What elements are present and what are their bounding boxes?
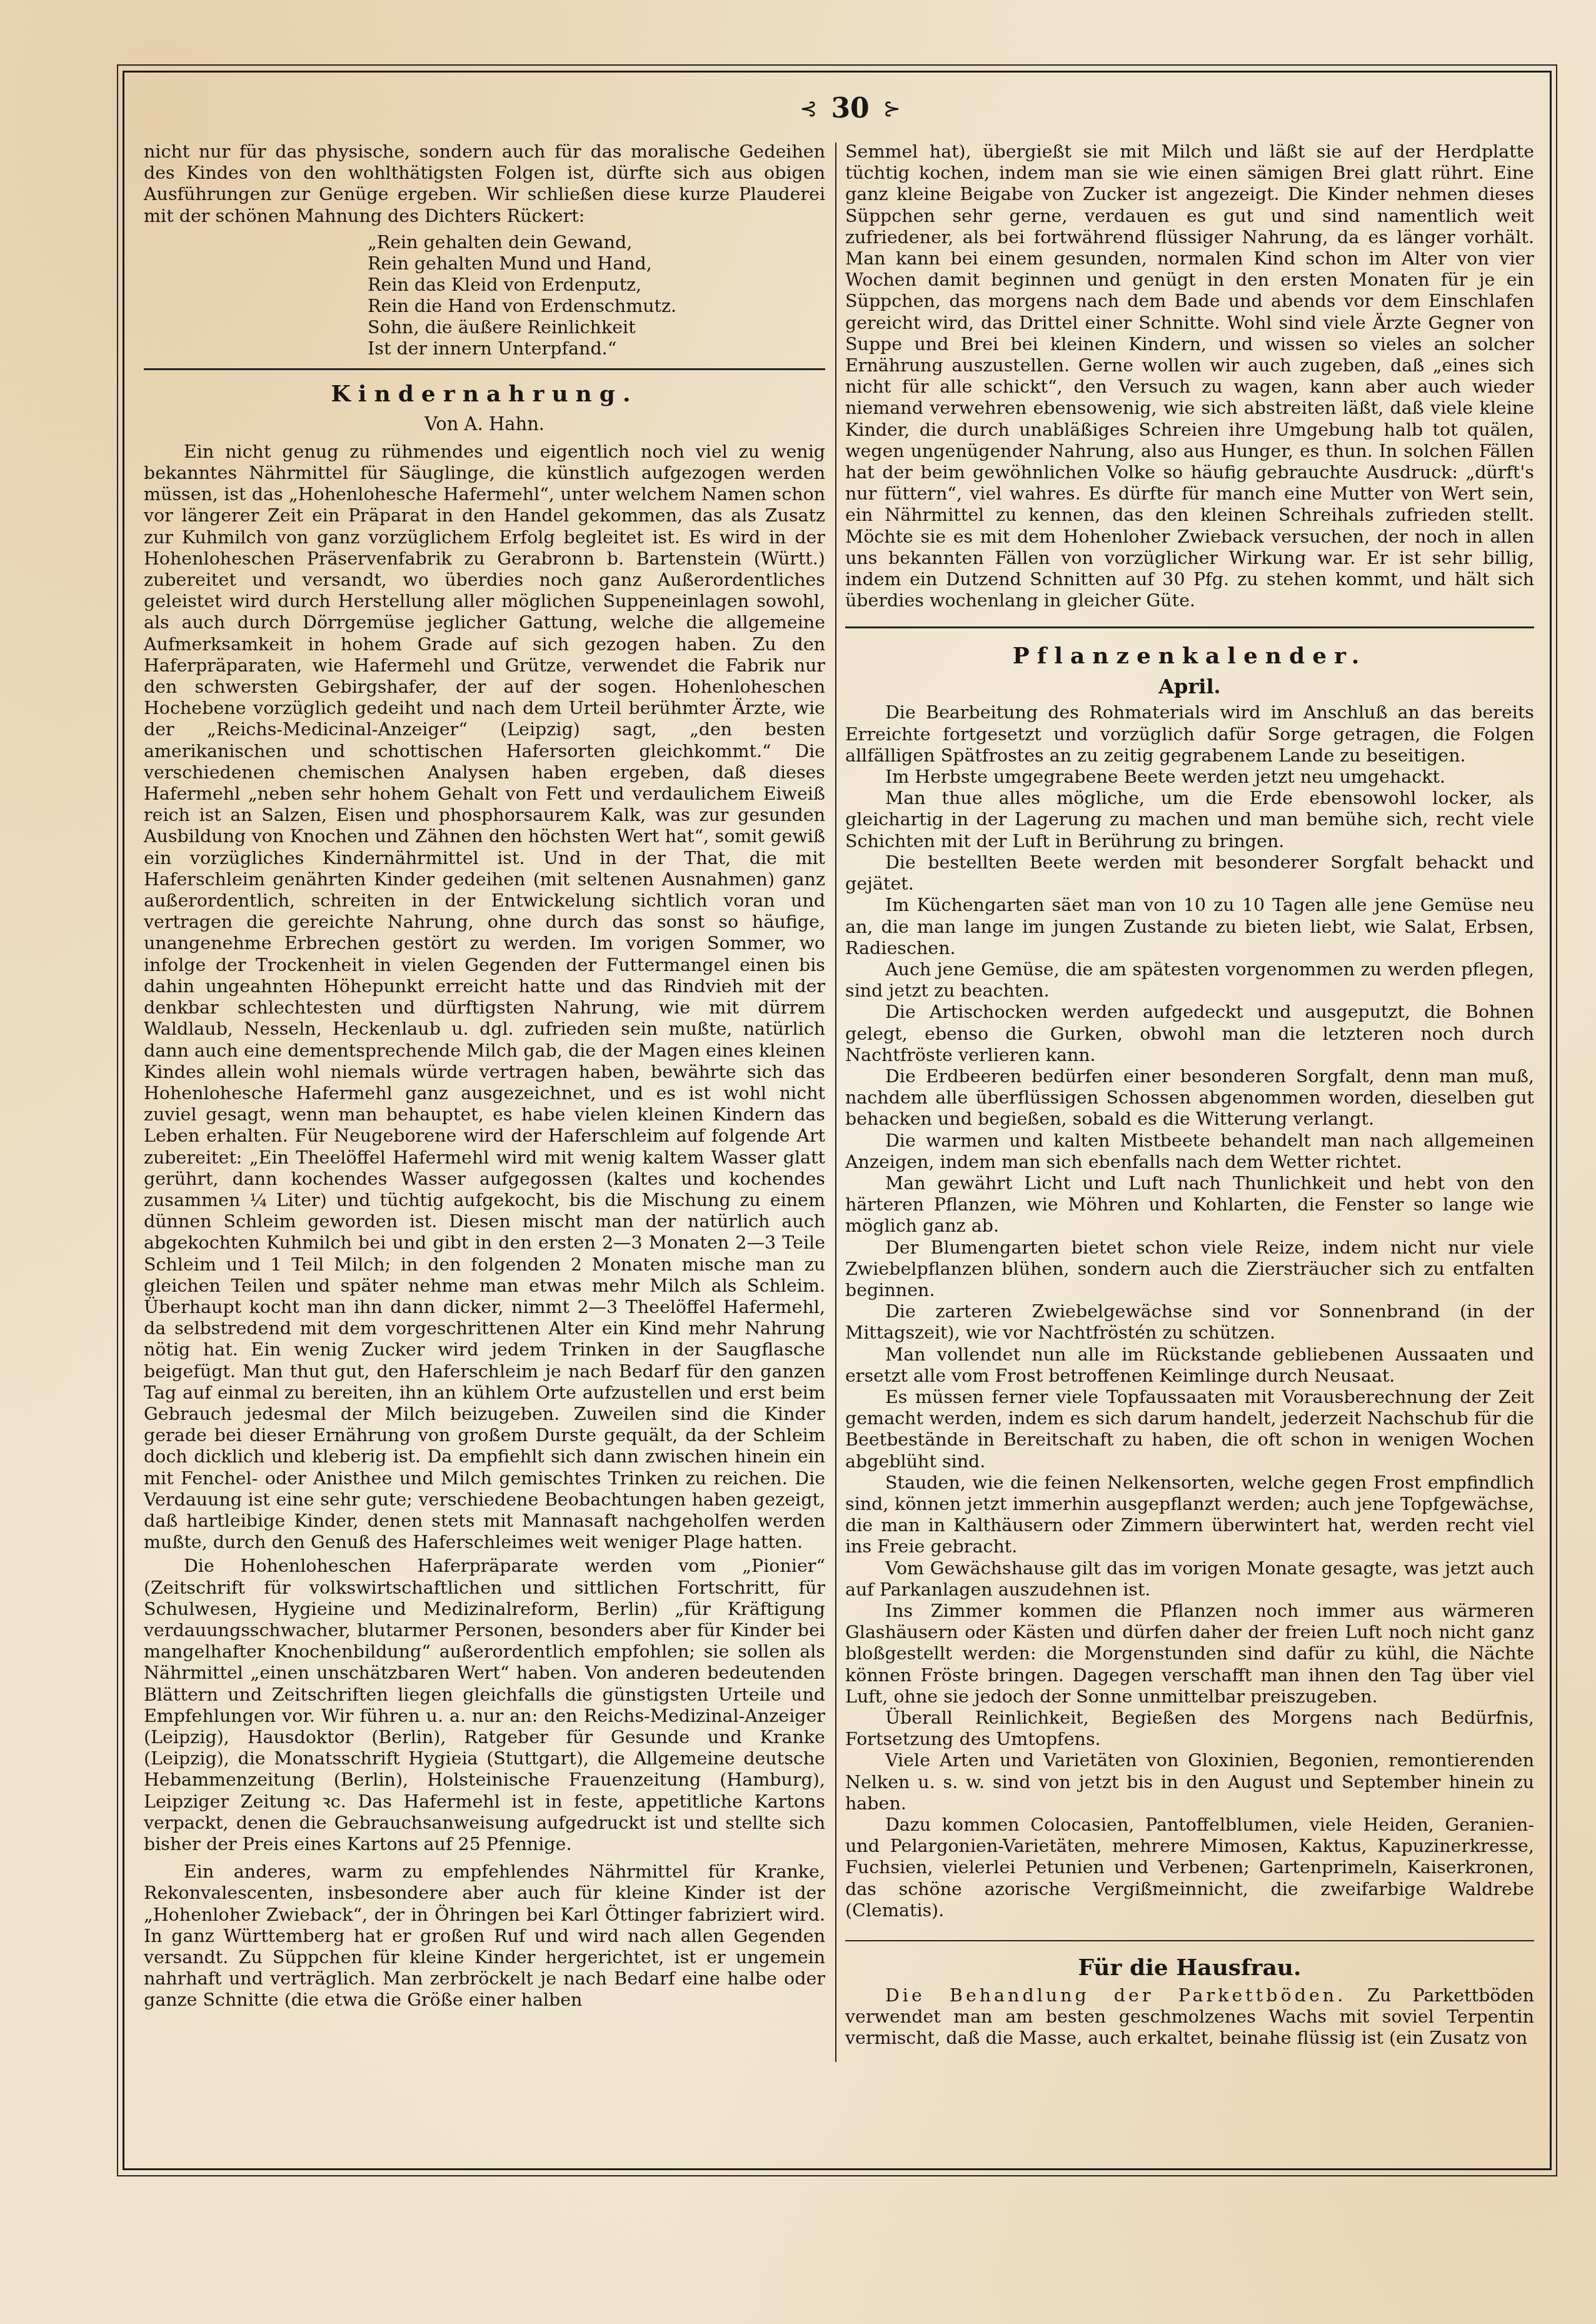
poem-line: „Rein gehalten dein Gewand, [368, 232, 825, 253]
poem-line: Rein das Kleid von Erdenputz, [368, 274, 825, 296]
page-number-header: ⊰30⊱ [775, 93, 925, 127]
section-title-pflanzenkalender: Pflanzenkalender. [845, 641, 1534, 671]
section-title-hausfrau: Für die Hausfrau. [845, 1953, 1534, 1983]
calendar-paragraph: Die Erdbeeren bedürfen einer besonderen … [845, 1066, 1534, 1130]
calendar-paragraph: Die bestellten Beete werden mit besonder… [845, 852, 1534, 895]
calendar-paragraph: Vom Gewächshause gilt das im vorigen Mon… [845, 1558, 1534, 1601]
right-column: Semmel hat), übergießt sie mit Milch und… [845, 141, 1534, 2050]
article-title-kindernahrung: Kindernahrung. [144, 379, 825, 409]
calendar-paragraph: Man gewährt Licht und Luft nach Thunlich… [845, 1173, 1534, 1237]
calendar-paragraph: Viele Arten und Varietäten von Gloxinien… [845, 1750, 1534, 1814]
calendar-paragraph: Stauden, wie die feinen Nelkensorten, we… [845, 1472, 1534, 1558]
continuation-paragraph: Semmel hat), übergießt sie mit Milch und… [845, 141, 1534, 611]
poem-line: Rein die Hand von Erdenschmutz. [368, 296, 825, 317]
poem-line: Ist der innern Unterpfand.“ [368, 338, 825, 360]
page-number: 30 [831, 93, 869, 124]
ornament-right-icon: ⊱ [883, 96, 901, 121]
calendar-paragraph: Im Herbste umgegrabene Beete werden jetz… [845, 767, 1534, 788]
intro-paragraph: nicht nur für das physische, sondern auc… [144, 141, 825, 227]
calendar-paragraph: Die Artischocken werden aufgedeckt und a… [845, 1002, 1534, 1066]
calendar-paragraph: Auch jene Gemüse, die am spätesten vorge… [845, 959, 1534, 1002]
hausfrau-lead: Die Behandlung der Parkettböden. [885, 1985, 1346, 2006]
calendar-paragraph: Es müssen ferner viele Topfaussaaten mit… [845, 1387, 1534, 1472]
left-column: nicht nur für das physische, sondern auc… [144, 141, 825, 2011]
article-paragraph: Ein nicht genug zu rühmendes und eigentl… [144, 441, 825, 1554]
calendar-paragraph: Man vollendet nun alle im Rückstande geb… [845, 1344, 1534, 1387]
hausfrau-paragraph: Die Behandlung der Parkettböden. Zu Park… [845, 1985, 1534, 2050]
calendar-paragraph: Die Bearbeitung des Rohmaterials wird im… [845, 702, 1534, 767]
poem-rueckert: „Rein gehalten dein Gewand, Rein gehalte… [368, 232, 825, 360]
calendar-paragraph: Man thue alles mögliche, um die Erde ebe… [845, 788, 1534, 852]
ornament-left-icon: ⊰ [800, 96, 818, 121]
calendar-paragraph: Die warmen und kalten Mistbeete behandel… [845, 1130, 1534, 1173]
calendar-paragraph: Dazu kommen Colocasien, Pantoffelblumen,… [845, 1814, 1534, 1921]
calendar-paragraph: Ins Zimmer kommen die Pflanzen noch imme… [845, 1601, 1534, 1708]
calendar-paragraph: Im Küchengarten säet man von 10 zu 10 Ta… [845, 895, 1534, 959]
poem-line: Sohn, die äußere Reinlichkeit [368, 317, 825, 338]
poem-line: Rein gehalten Mund und Hand, [368, 253, 825, 274]
article-byline: Von A. Hahn. [144, 411, 825, 436]
section-subtitle-month: April. [845, 673, 1534, 700]
section-rule [845, 1940, 1534, 1941]
calendar-paragraph: Der Blumengarten bietet schon viele Reiz… [845, 1237, 1534, 1302]
article-paragraph: Die Hohenloheschen Haferpräparate werden… [144, 1556, 825, 1855]
section-rule [144, 368, 825, 370]
calendar-paragraph: Überall Reinlichkeit, Begießen des Morge… [845, 1708, 1534, 1750]
article-paragraph: Ein anderes, warm zu empfehlendes Nährmi… [144, 1861, 825, 2011]
section-rule [845, 626, 1534, 628]
calendar-paragraph: Die zarteren Zwiebelgewächse sind vor So… [845, 1301, 1534, 1344]
column-divider [835, 143, 836, 2062]
